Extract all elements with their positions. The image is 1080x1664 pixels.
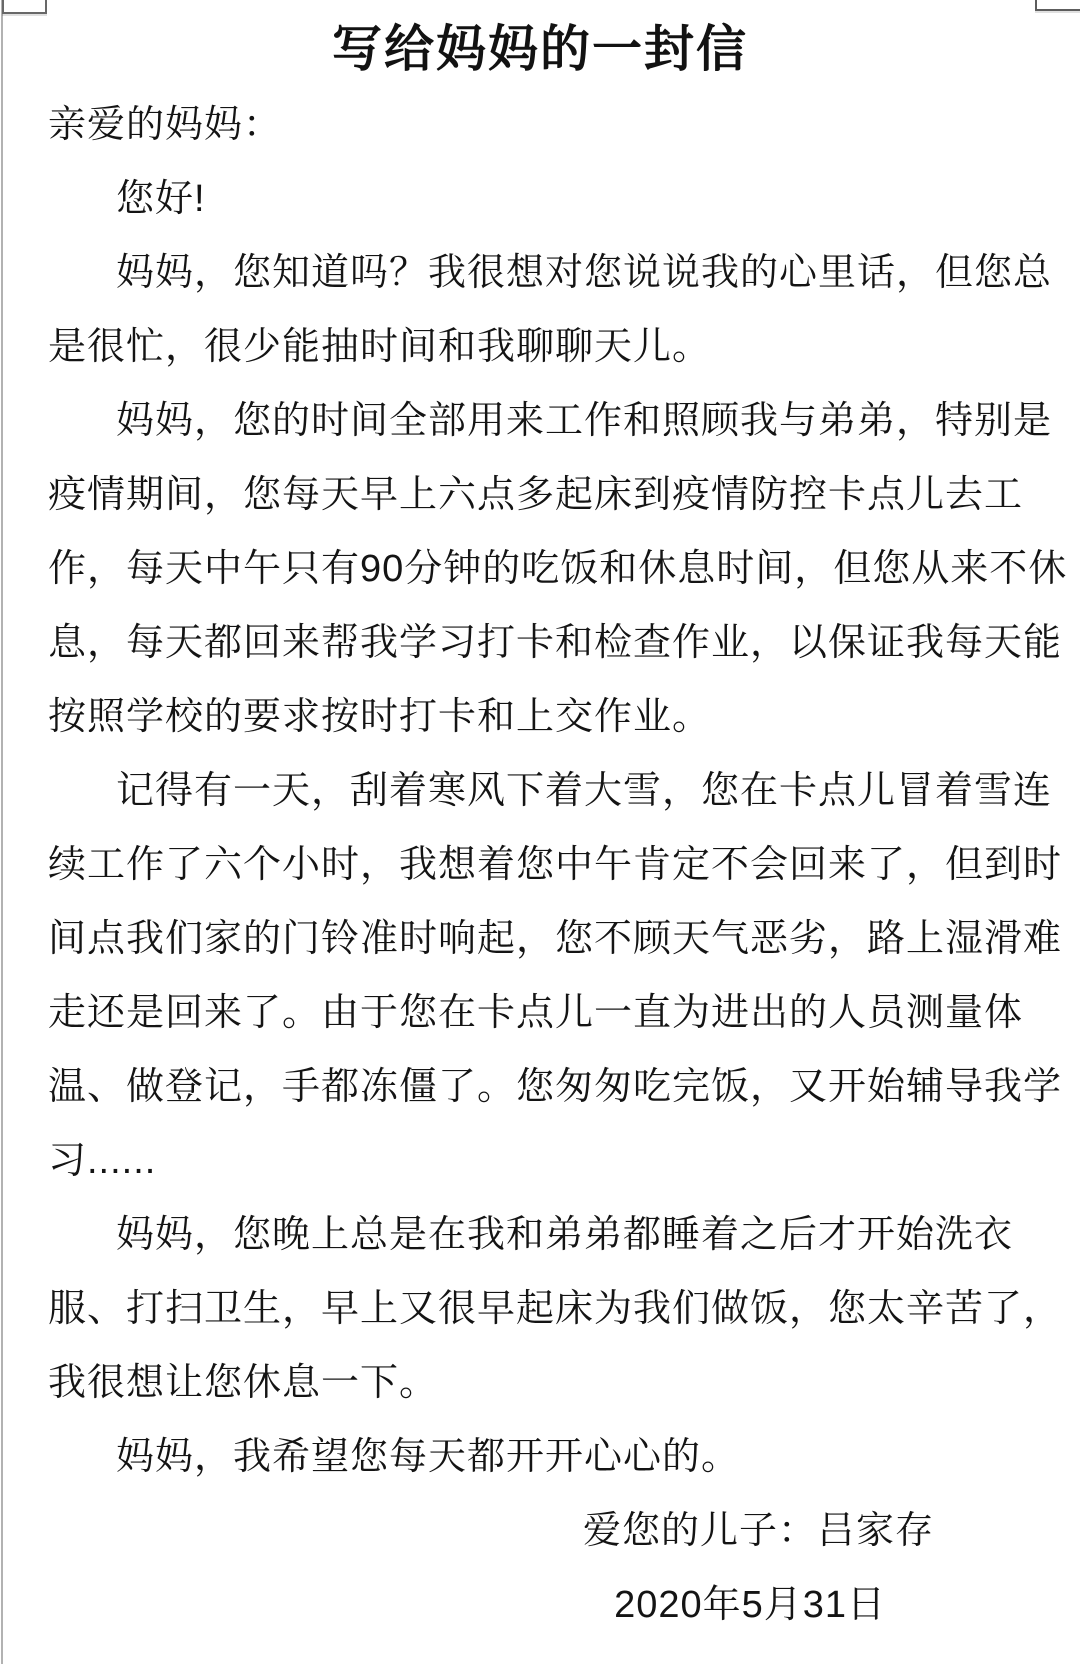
letter-line: 我很想让您休息一下。 xyxy=(48,1346,1042,1420)
letter-line: 作，每天中午只有90分钟的吃饭和休息时间，但您从来不休 xyxy=(48,532,1042,606)
letter-line: 是很忙，很少能抽时间和我聊聊天儿。 xyxy=(48,310,1042,384)
letter-line: 温、做登记，手都冻僵了。您匆匆吃完饭，又开始辅导我学 xyxy=(48,1050,1042,1124)
letter-page: { "document": { "title": "写给妈妈的一封信", "li… xyxy=(0,0,1080,1664)
letter-line: 亲爱的妈妈： xyxy=(48,88,1042,162)
letter-line: 您好! xyxy=(48,162,1042,236)
letter-line: 按照学校的要求按时打卡和上交作业。 xyxy=(48,680,1042,754)
letter-line: 间点我们家的门铃准时响起，您不顾天气恶劣，路上湿滑难 xyxy=(48,902,1042,976)
top-left-corner-mark xyxy=(2,0,47,14)
letter-line: 妈妈，我希望您每天都开开心心的。 xyxy=(48,1420,1042,1494)
letter-line: 爱您的儿子：吕家存 xyxy=(48,1494,1042,1568)
letter-line: 习...... xyxy=(48,1124,1042,1198)
letter-line: 续工作了六个小时，我想着您中午肯定不会回来了，但到时 xyxy=(48,828,1042,902)
letter-line: 服、打扫卫生，早上又很早起床为我们做饭，您太辛苦了， xyxy=(48,1272,1042,1346)
letter-line: 2020年5月31日 xyxy=(48,1568,1042,1642)
letter-line: 记得有一天，刮着寒风下着大雪，您在卡点儿冒着雪连 xyxy=(48,754,1042,828)
letter-line: 疫情期间，您每天早上六点多起床到疫情防控卡点儿去工 xyxy=(48,458,1042,532)
letter-line: 妈妈，您知道吗？我很想对您说说我的心里话，但您总 xyxy=(48,236,1042,310)
page-left-edge-line xyxy=(1,0,3,1664)
letter-line: 妈妈，您晚上总是在我和弟弟都睡着之后才开始洗衣 xyxy=(48,1198,1042,1272)
top-right-corner-mark xyxy=(1035,0,1080,11)
letter-body: 亲爱的妈妈：您好!妈妈，您知道吗？我很想对您说说我的心里话，但您总是很忙，很少能… xyxy=(0,88,1080,1642)
letter-line: 息，每天都回来帮我学习打卡和检查作业，以保证我每天能 xyxy=(48,606,1042,680)
letter-line: 走还是回来了。由于您在卡点儿一直为进出的人员测量体 xyxy=(48,976,1042,1050)
letter-line: 妈妈，您的时间全部用来工作和照顾我与弟弟，特别是 xyxy=(48,384,1042,458)
letter-title: 写给妈妈的一封信 xyxy=(0,0,1080,88)
